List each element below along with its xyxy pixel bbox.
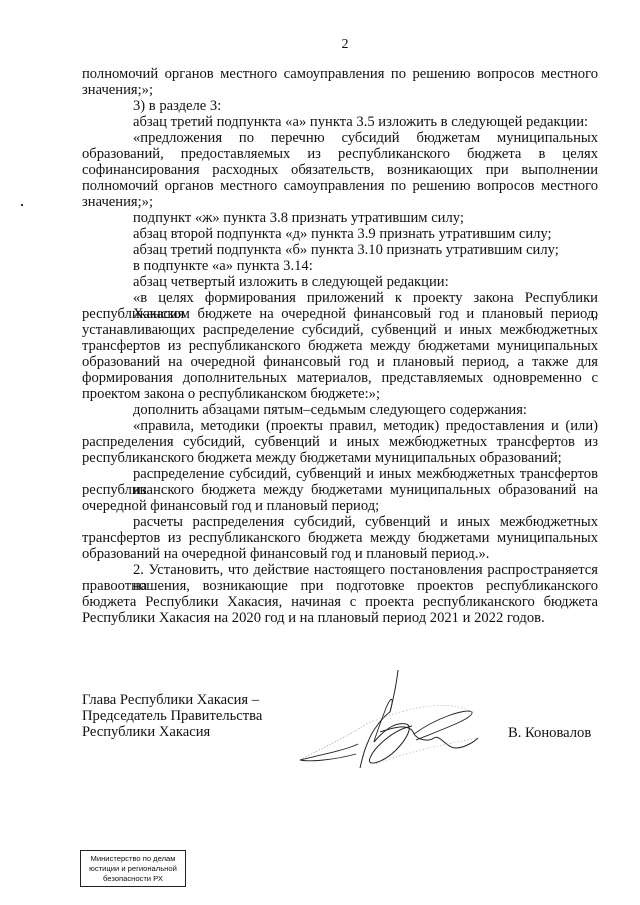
body-line: абзац третий подпункта «а» пункта 3.5 из… <box>82 114 598 130</box>
signatory-title-line: Республики Хакасия <box>82 724 262 740</box>
body-line: в подпункте «а» пункта 3.14: <box>82 258 598 274</box>
handwritten-signature <box>296 668 480 772</box>
body-line: образований на очередной финансовый год … <box>82 546 598 562</box>
signatory-title-line: Председатель Правительства <box>82 708 262 724</box>
body-line: правоотношения, возникающие при подготов… <box>82 578 598 594</box>
body-line: 3) в разделе 3: <box>82 98 598 114</box>
body-line: «в целях формирования приложений к проек… <box>82 290 598 306</box>
body-line: трансфертов из республиканского бюджета … <box>82 530 598 546</box>
stamp-line: юстиции и региональной <box>81 864 185 874</box>
stamp-line: Министерство по делам <box>81 854 185 864</box>
body-line: полномочий органов местного самоуправлен… <box>82 178 598 194</box>
body-line: трансфертов из республиканского бюджета … <box>82 338 598 354</box>
body-line: значения;»; <box>82 194 598 210</box>
scan-speck <box>21 204 23 206</box>
body-line: устанавливающих распределение субсидий, … <box>82 322 598 338</box>
body-line: подпункт «ж» пункта 3.8 признать утратив… <box>82 210 598 226</box>
body-line: образований, предоставляемых из республи… <box>82 146 598 162</box>
body-line: полномочий органов местного самоуправлен… <box>82 66 598 82</box>
signatory-name: В. Коновалов <box>508 725 591 741</box>
body-line: республиканском бюджете на очередной фин… <box>82 306 598 322</box>
body-line: абзац второй подпункта «д» пункта 3.9 пр… <box>82 226 598 242</box>
ministry-stamp: Министерство по делам юстиции и регионал… <box>80 850 186 887</box>
body-line: распределения субсидий, субвенций и иных… <box>82 434 598 450</box>
body-line: абзац третий подпункта «б» пункта 3.10 п… <box>82 242 598 258</box>
body-line: формирования дополнительных материалов, … <box>82 370 598 386</box>
body-line: абзац четвертый изложить в следующей ред… <box>82 274 598 290</box>
body-line: 2. Установить, что действие настоящего п… <box>82 562 598 578</box>
stamp-line: безопасности РХ <box>81 874 185 884</box>
body-line: «правила, методики (проекты правил, мето… <box>82 418 598 434</box>
document-body: полномочий органов местного самоуправлен… <box>82 66 598 626</box>
body-line: распределение субсидий, субвенций и иных… <box>82 466 598 482</box>
signatory-title-line: Глава Республики Хакасия – <box>82 692 262 708</box>
body-line: значения;»; <box>82 82 598 98</box>
body-line: «предложения по перечню субсидий бюджета… <box>82 130 598 146</box>
body-line: Республики Хакасия на 2020 год и на план… <box>82 610 598 626</box>
page-number: 2 <box>0 37 640 53</box>
signatory-title: Глава Республики Хакасия – Председатель … <box>82 692 262 740</box>
body-line: расчеты распределения субсидий, субвенци… <box>82 514 598 530</box>
body-line: проектом закона о республиканском бюджет… <box>82 386 598 402</box>
body-line: очередной финансовый год и плановый пери… <box>82 498 598 514</box>
body-line: республиканского бюджета между бюджетами… <box>82 482 598 498</box>
body-line: дополнить абзацами пятым–седьмым следующ… <box>82 402 598 418</box>
body-line: бюджета Республики Хакасия, начиная с пр… <box>82 594 598 610</box>
body-line: образований на очередной финансовый год … <box>82 354 598 370</box>
body-line: республиканского бюджета между бюджетами… <box>82 450 598 466</box>
body-line: софинансирования расходных обязательств,… <box>82 162 598 178</box>
